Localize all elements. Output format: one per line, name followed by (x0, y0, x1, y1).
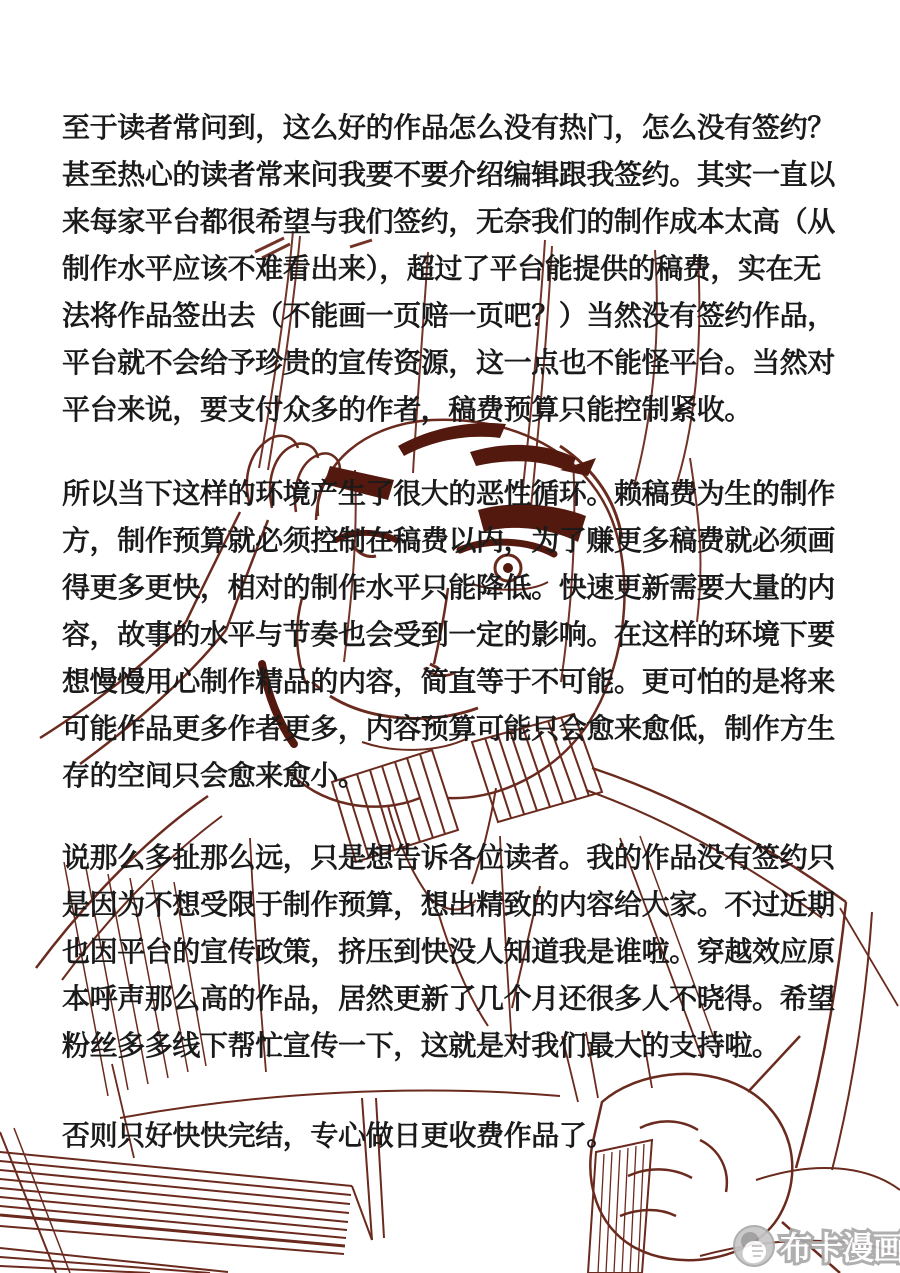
text-line: 本呼声那么高的作品，居然更新了几个月还很多人不晓得。希望 (62, 975, 852, 1022)
paragraph-3: 说那么多扯那么远，只是想告诉各位读者。我的作品没有签约只 是因为不想受限于制作预… (62, 834, 852, 1069)
text-line: 得更多更快，相对的制作水平只能降低。快速更新需要大量的内 (62, 564, 852, 611)
text-line: 容，故事的水平与节奏也会受到一定的影响。在这样的环境下要 (62, 611, 852, 658)
paragraph-1: 至于读者常问到，这么好的作品怎么没有热门，怎么没有签约？ 甚至热心的读者常来问我… (62, 104, 852, 433)
buka-watermark: 布卡漫画 布卡漫画 (732, 1223, 900, 1269)
text-line: 也因平台的宣传政策，挤压到快没人知道我是谁啦。穿越效应原 (62, 928, 852, 975)
text-line: 是因为不想受限于制作预算，想出精致的内容给大家。不过近期 (62, 881, 852, 928)
text-line: 想慢慢用心制作精品的内容，简直等于不可能。更可怕的是将来 (62, 658, 852, 705)
text-line: 方，制作预算就必须控制在稿费以内，为了赚更多稿费就必须画 (62, 517, 852, 564)
afterword-text: 至于读者常问到，这么好的作品怎么没有热门，怎么没有签约？ 甚至热心的读者常来问我… (0, 0, 900, 1273)
text-line: 甚至热心的读者常来问我要不要介绍编辑跟我签约。其实一直以 (62, 151, 852, 198)
text-line: 来每家平台都很希望与我们签约，无奈我们的制作成本太高（从 (62, 198, 852, 245)
text-line: 所以当下这样的环境产生了很大的恶性循环。赖稿费为生的制作 (62, 470, 852, 517)
buka-hand-icon (732, 1224, 778, 1268)
text-line: 存的空间只会愈来愈小。 (62, 752, 852, 799)
paragraph-2: 所以当下这样的环境产生了很大的恶性循环。赖稿费为生的制作 方，制作预算就必须控制… (62, 470, 852, 799)
text-line: 法将作品签出去（不能画一页赔一页吧？）当然没有签约作品， (62, 292, 852, 339)
text-line: 平台就不会给予珍贵的宣传资源，这一点也不能怪平台。当然对 (62, 339, 852, 386)
text-line: 制作水平应该不难看出来），超过了平台能提供的稿费，实在无 (62, 245, 852, 292)
text-line: 平台来说，要支付众多的作者，稿费预算只能控制紧收。 (62, 386, 852, 433)
text-line: 粉丝多多线下帮忙宣传一下，这就是对我们最大的支持啦。 (62, 1022, 852, 1069)
text-line: 否则只好快快完结，专心做日更收费作品了。 (62, 1112, 852, 1159)
watermark-label: 布卡漫画 (780, 1230, 900, 1266)
text-line: 可能作品更多作者更多，内容预算可能只会愈来愈低，制作方生 (62, 705, 852, 752)
paragraph-4: 否则只好快快完结，专心做日更收费作品了。 (62, 1112, 852, 1159)
comic-afterword-page: 至于读者常问到，这么好的作品怎么没有热门，怎么没有签约？ 甚至热心的读者常来问我… (0, 0, 900, 1273)
text-line: 说那么多扯那么远，只是想告诉各位读者。我的作品没有签约只 (62, 834, 852, 881)
text-line: 至于读者常问到，这么好的作品怎么没有热门，怎么没有签约？ (62, 104, 852, 151)
